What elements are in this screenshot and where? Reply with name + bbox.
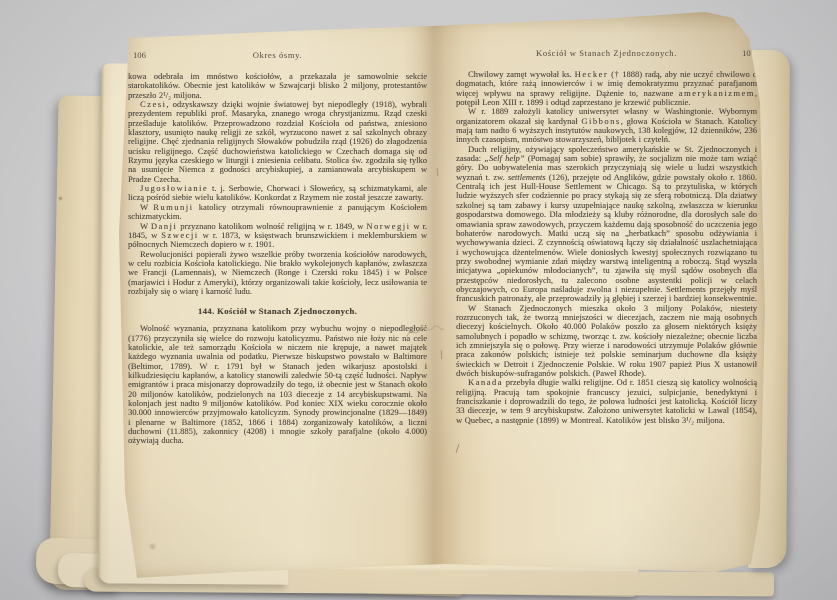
paragraph: Chwilowy zamęt wywołał ks. Hecker († 188… <box>456 70 757 107</box>
text-run: , odzyskawszy dzięki wojnie światowej by… <box>128 99 427 184</box>
text-run: (126), przejęte od Anglików, gdzie powst… <box>456 172 757 303</box>
page-number: 106 <box>133 50 146 60</box>
right-page-body: Chwilowy zamęt wywołał ks. Hecker († 188… <box>456 70 757 425</box>
paragraph: Czesi, odzyskawszy dzięki wojnie światow… <box>128 100 427 184</box>
running-title: Okres ósmy. <box>128 50 427 60</box>
paper-blemish <box>58 196 63 201</box>
right-page-header: Kościół w Stanach Zjednoczonych. 107 <box>456 48 757 60</box>
paragraph: Wolność wyznania, przyznana katolikom pr… <box>128 324 427 445</box>
left-page-header: 106 Okres ósmy. <box>128 50 427 62</box>
text-run: Rewolucjoniści popierali żywo wszelkie p… <box>128 249 427 296</box>
text-run: kowa odebrała im mnóstwo kościołów, a pr… <box>128 71 427 100</box>
pencil-scribble <box>404 323 446 343</box>
right-page: Kościół w Stanach Zjednoczonych. 107 Chw… <box>456 48 757 425</box>
paragraph: W Stanach Zjednoczonych mieszka około 3 … <box>456 304 757 379</box>
paper-blemish <box>148 543 157 550</box>
paragraph: W r. 1889 założyli katolicy uniwersytet … <box>456 107 757 144</box>
book-photo: 106 Okres ósmy. kowa odebrała im mnóstwo… <box>0 0 837 600</box>
paragraph: Kanada przebyła długie walki religijne. … <box>456 378 757 425</box>
paragraph: W Rumunji katolicy otrzymali równouprawn… <box>128 203 427 222</box>
text-run: W Stanach Zjednoczonych mieszka około 3 … <box>456 303 757 378</box>
paragraph: W Danji przyznano katolikom wolność reli… <box>128 222 427 250</box>
left-page-body: kowa odebrała im mnóstwo kościołów, a pr… <box>128 72 427 446</box>
paragraph: kowa odebrała im mnóstwo kościołów, a pr… <box>128 72 427 100</box>
paragraph: Jugosłowianie t. j. Serbowie, Chorwaci i… <box>128 184 427 203</box>
open-book-spread: 106 Okres ósmy. kowa odebrała im mnóstwo… <box>115 12 775 588</box>
text-run: Wolność wyznania, przyznana katolikom pr… <box>128 323 427 445</box>
section-heading: 144. Kościół w Stanach Zjednoczonych. <box>128 306 427 316</box>
paragraph: Rewolucjoniści popierali żywo wszelkie p… <box>128 250 427 297</box>
paragraph: Duch religijny, ożywiający społeczeństwo… <box>456 145 757 304</box>
running-title: Kościół w Stanach Zjednoczonych. <box>456 48 757 58</box>
left-page: 106 Okres ósmy. kowa odebrała im mnóstwo… <box>128 50 427 446</box>
